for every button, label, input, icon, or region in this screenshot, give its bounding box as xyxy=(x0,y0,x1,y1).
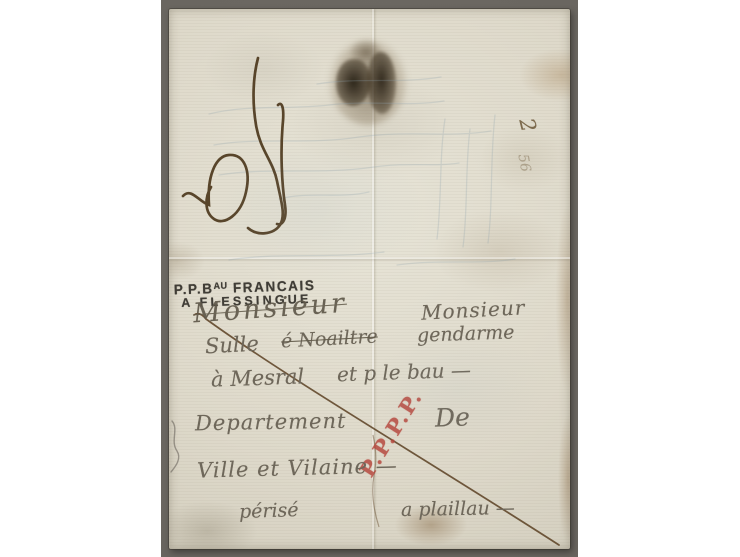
letter-paper: P.P.BAU FRANCAIS A FLESSINGUE P.P.P.P. M… xyxy=(169,9,570,549)
photo-background: P.P.BAU FRANCAIS A FLESSINGUE P.P.P.P. M… xyxy=(161,0,578,557)
address-line4-word2: De xyxy=(435,402,471,432)
address-line4-word1: Departement xyxy=(195,409,347,436)
ink-blot-top xyxy=(350,40,382,64)
manuscript-rate-flourish xyxy=(183,58,286,233)
address-line6-word2: a plaillau — xyxy=(401,497,515,521)
secondary-docket: 56 xyxy=(514,153,533,173)
scanned-cover-image: P.P.BAU FRANCAIS A FLESSINGUE P.P.P.P. M… xyxy=(0,0,740,557)
address-salutation: Monsieur xyxy=(420,295,525,324)
horizontal-fold-crease xyxy=(169,257,570,259)
ink-blot-left-lobe xyxy=(336,59,371,106)
address-line3-word2: et p le bau — xyxy=(337,358,472,387)
address-line3-word1: à Mesral xyxy=(211,364,305,391)
ink-blot-halo xyxy=(329,39,407,125)
address-line2-word1: Sulle xyxy=(204,332,259,359)
address-line2-word3: gendarme xyxy=(417,321,515,346)
address-line6-word1: périsé xyxy=(239,499,299,523)
address-line2-word2-struck: é Noailtre xyxy=(280,325,378,352)
left-edge-ink-curl xyxy=(171,421,179,472)
address-line5: Ville et Vilaine — xyxy=(197,453,398,482)
rate-docket: 2 xyxy=(514,116,541,135)
show-through-ghost-writing xyxy=(209,77,515,265)
